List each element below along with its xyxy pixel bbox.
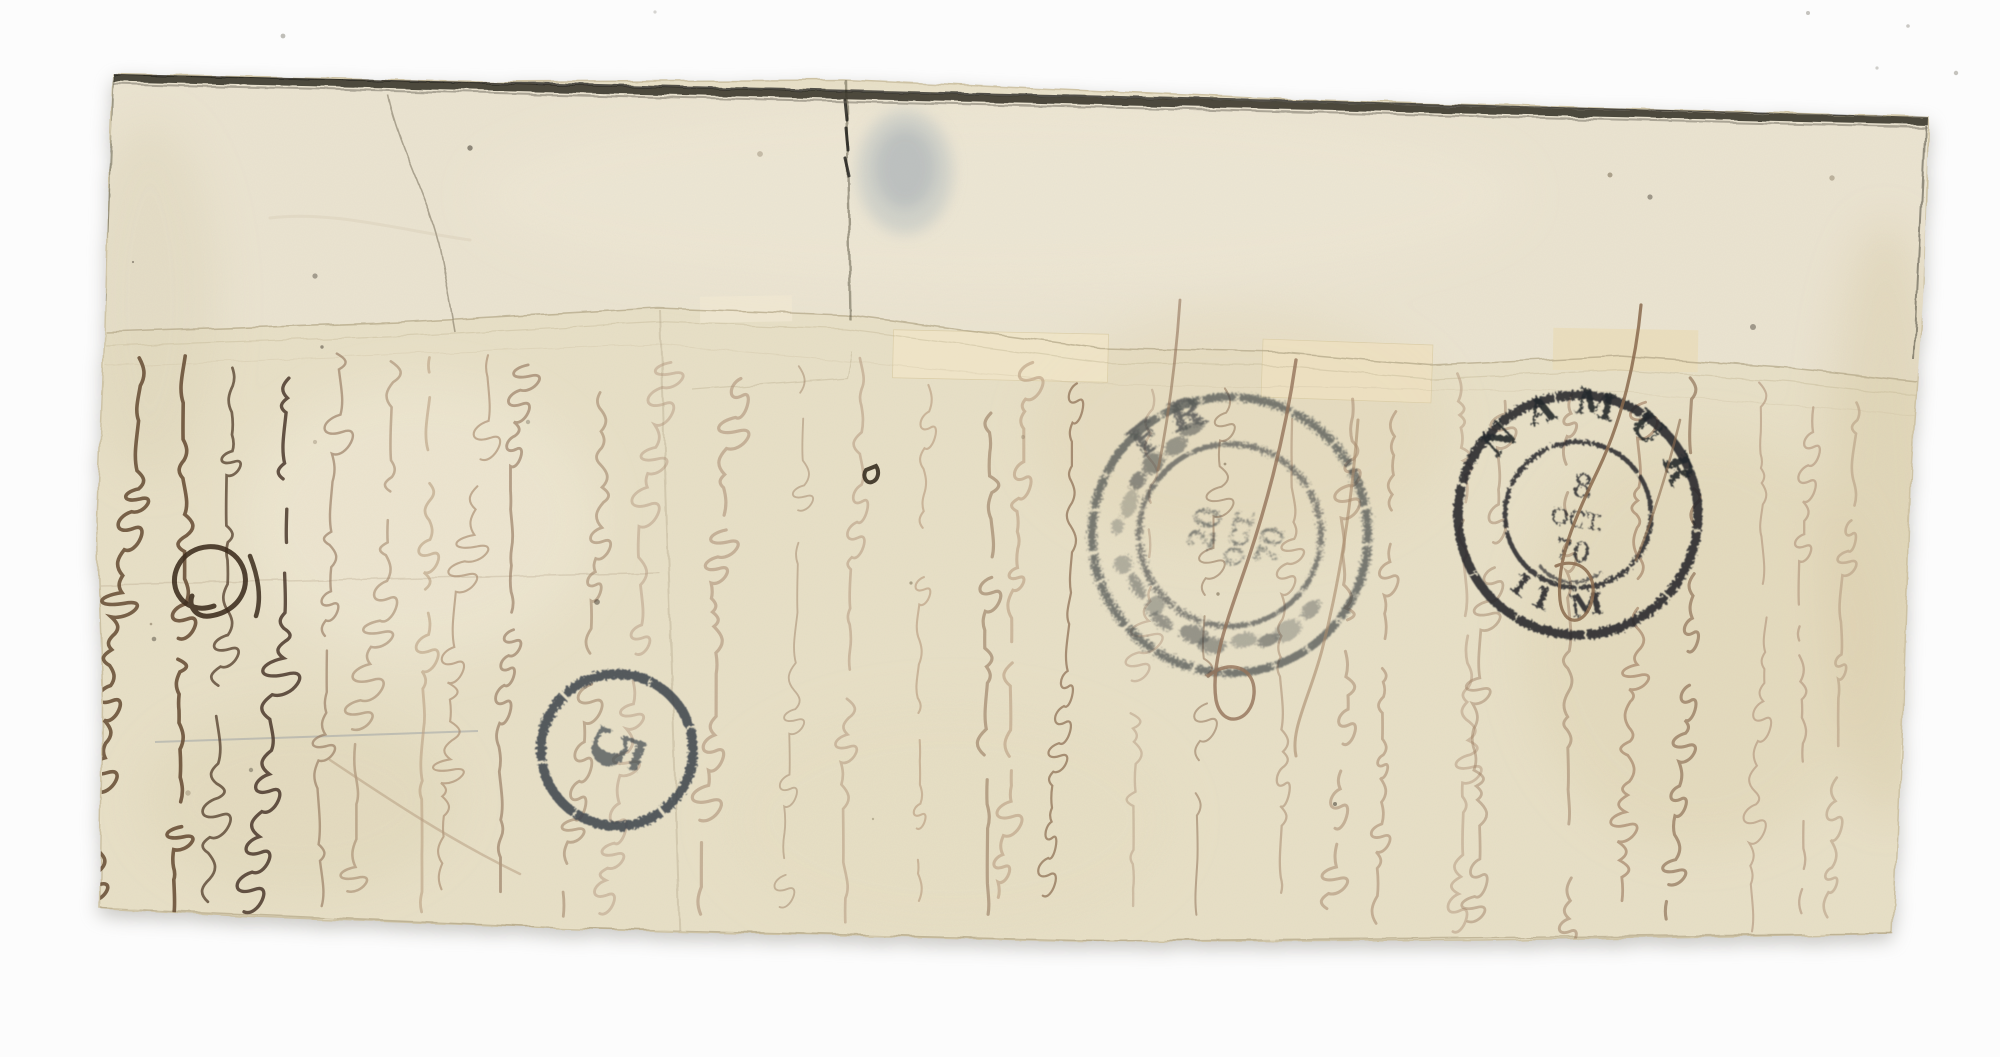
dirt-speck bbox=[909, 581, 912, 584]
dirt-speck bbox=[594, 599, 600, 605]
dirt-speck bbox=[320, 345, 323, 348]
seal-show-through bbox=[857, 110, 953, 234]
dirt-speck bbox=[132, 261, 134, 263]
scan-page: FR 20 OCT. 70 NAMUR 11 M 8 OCT. 70 bbox=[0, 0, 2000, 1057]
dirt-speck bbox=[150, 623, 153, 626]
dirt-speck bbox=[313, 440, 317, 444]
dirt-speck bbox=[152, 637, 157, 642]
dirt-speck bbox=[467, 145, 472, 150]
dirt-speck bbox=[872, 818, 874, 820]
dirt-speck bbox=[1333, 802, 1337, 806]
dirt-speck bbox=[757, 151, 763, 157]
dirt-speck bbox=[1216, 592, 1219, 595]
dirt-speck bbox=[1750, 324, 1756, 330]
dirt-speck bbox=[185, 790, 190, 795]
dirt-speck bbox=[1021, 435, 1025, 439]
letter-scan-svg: FR 20 OCT. 70 NAMUR 11 M 8 OCT. 70 bbox=[0, 0, 2000, 1057]
scanner-dust bbox=[281, 10, 1959, 75]
dirt-speck bbox=[1224, 463, 1227, 466]
dirt-speck bbox=[1647, 194, 1652, 199]
dirt-speck bbox=[526, 420, 530, 424]
dirt-speck bbox=[312, 273, 317, 278]
dirt-speck bbox=[1608, 173, 1613, 178]
dirt-speck bbox=[1829, 175, 1834, 180]
dirt-speck bbox=[249, 768, 253, 772]
